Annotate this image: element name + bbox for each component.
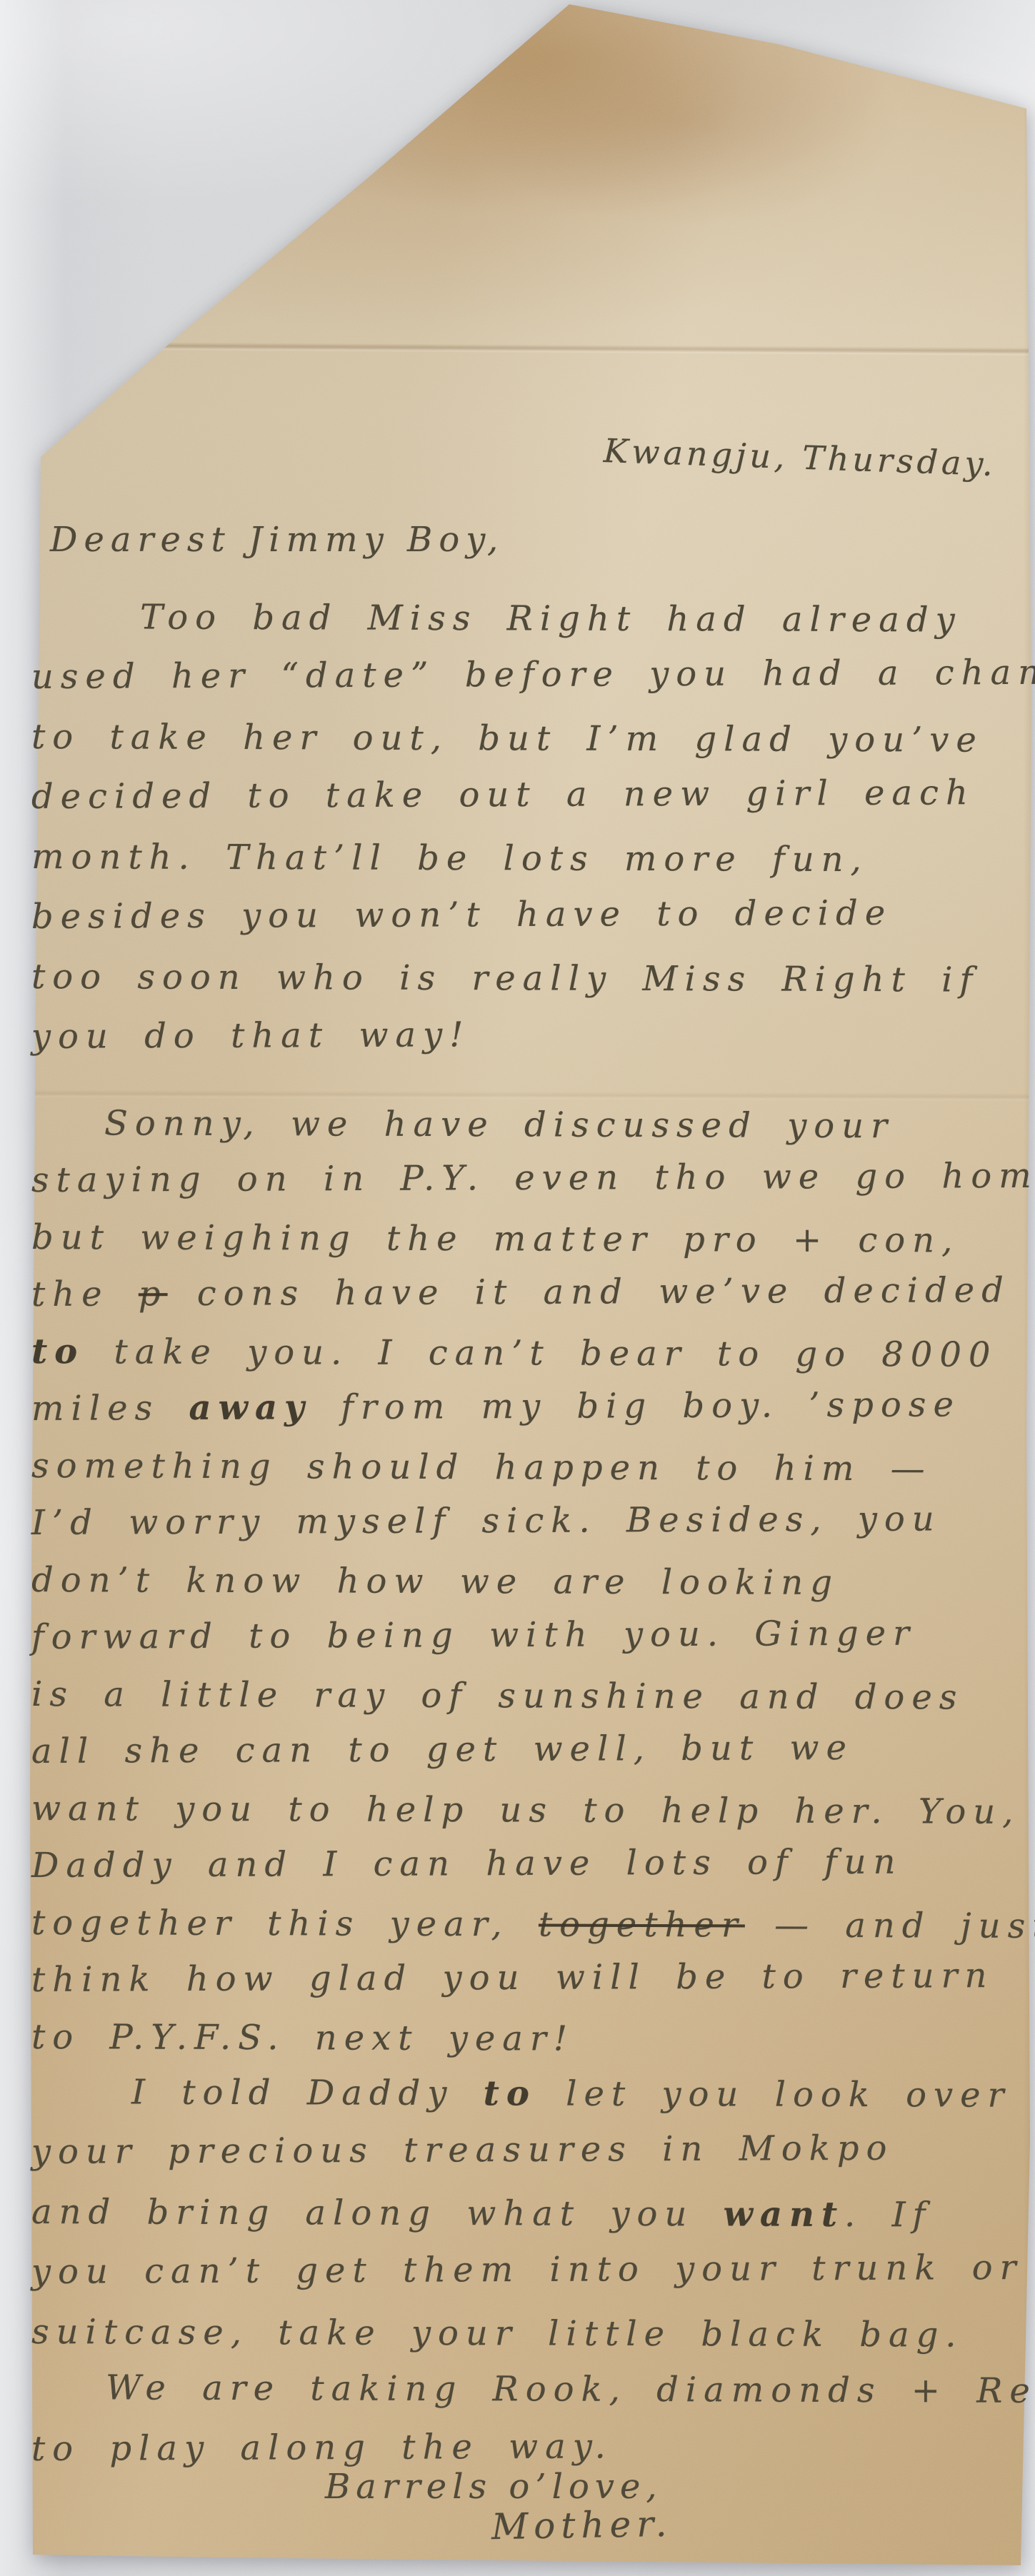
letter-line: decided to take out a new girl each xyxy=(31,773,1035,837)
letter-line: too soon who is really Miss Right if xyxy=(31,957,1035,1020)
letter-word: besides you won’t have to decide xyxy=(31,893,893,937)
letter-paragraphs: Too bad Miss Right had alreadyused her “… xyxy=(0,0,1035,2576)
letter-line: and bring along what you want. If xyxy=(31,2192,1035,2255)
letter-line: besides you won’t have to decide xyxy=(31,892,1035,957)
letter-line: to take you. I can’t bear to go 8000 xyxy=(31,1332,1035,1392)
letter-word: together this year, xyxy=(31,1903,539,1944)
letter-word: too soon who is really Miss Right if xyxy=(31,957,979,1000)
letter-line: I told Daddy to let you look over xyxy=(31,2072,1035,2135)
letter-word: cons have it and we’ve decided xyxy=(167,1270,1011,1314)
paragraph: Sonny, we have discussed yourstaying on … xyxy=(31,1103,1035,2074)
letter-text: Kwangju, Thursday. Dearest Jimmy Boy, To… xyxy=(0,0,1035,2576)
letter-line: We are taking Rook, diamonds + Reversi xyxy=(31,2368,1035,2432)
paragraph: I told Daddy to let you look overyour pr… xyxy=(31,2072,1035,2372)
letter-line: used her “date” before you had a chance xyxy=(31,653,1035,717)
letter-word: you can’t get them into your trunk or xyxy=(31,2248,1024,2292)
letter-word: don’t know how we are looking xyxy=(31,1560,839,1603)
letter-line: you do that way! xyxy=(31,1012,1035,1077)
letter-line: suitcase, take your little black bag. xyxy=(31,2312,1035,2375)
letter-word: Sonny, we have discussed your xyxy=(104,1103,894,1146)
letter-line: is a little ray of sunshine and does xyxy=(31,1674,1035,1735)
photo: Kwangju, Thursday. Dearest Jimmy Boy, To… xyxy=(0,0,1035,2576)
letter-word: . If xyxy=(844,2195,932,2235)
signature: Mother. xyxy=(491,2503,673,2547)
letter-line: you can’t get them into your trunk or xyxy=(31,2248,1035,2312)
letter-line: I’d worry myself sick. Besides, you xyxy=(31,1499,1035,1560)
letter-line: staying on in P.Y. even tho we go home, xyxy=(31,1156,1035,1217)
letter-line: Daddy and I can have lots of fun xyxy=(31,1841,1035,1903)
letter-word: to xyxy=(31,1332,84,1372)
letter-line: together this year, together — and just xyxy=(31,1903,1035,1963)
letter-word: together xyxy=(539,1904,745,1945)
letter-word: to xyxy=(484,2073,536,2113)
letter-word: suitcase, take your little black bag. xyxy=(31,2312,964,2355)
letter-word: month. That’ll be lots more fun, xyxy=(31,837,869,880)
letter-word: used her “date” before you had a chance xyxy=(31,652,1035,697)
letter-word: to play along the way. xyxy=(31,2426,613,2469)
letter-word: We are taking Rook, diamonds + Reversi xyxy=(106,2368,1035,2411)
letter-line: all she can to get well, but we xyxy=(31,1727,1035,1788)
letter-word: to take her out, but I’m glad you’ve xyxy=(31,717,984,760)
letter-word: something should happen to him — xyxy=(31,1446,932,1489)
letter-word: p xyxy=(139,1274,168,1314)
letter-word: you do that way! xyxy=(31,1015,471,1057)
letter-line: want you to help us to help her. You, xyxy=(31,1788,1035,1849)
letter-line: to take her out, but I’m glad you’ve xyxy=(31,717,1035,780)
letter-word: I’d worry myself sick. Besides, you xyxy=(31,1499,941,1543)
letter-word: from my big boy. ’spose xyxy=(311,1384,961,1427)
letter-word: away xyxy=(189,1387,311,1428)
valediction: Barrels o’love, xyxy=(325,2467,663,2507)
paragraph: Too bad Miss Right had alreadyused her “… xyxy=(31,597,1035,1077)
letter-line: the p cons have it and we’ve decided xyxy=(31,1270,1035,1332)
letter-word: Daddy and I can have lots of fun xyxy=(31,1842,903,1886)
letter-word: let you look over xyxy=(536,2073,1011,2115)
letter-word: but weighing the matter pro + con, xyxy=(31,1217,960,1261)
letter-line: don’t know how we are looking xyxy=(31,1560,1035,1621)
letter-line: Sonny, we have discussed your xyxy=(31,1103,1035,1164)
letter-line: forward to being with you. Ginger xyxy=(31,1613,1035,1674)
letter-word: your precious treasures in Mokpo xyxy=(31,2128,894,2172)
letter-word: the xyxy=(31,1274,139,1314)
letter-word: forward to being with you. Ginger xyxy=(31,1614,916,1657)
letter-word: miles xyxy=(31,1388,189,1429)
letter-word: Too bad Miss Right had already xyxy=(140,598,962,640)
letter-line: Too bad Miss Right had already xyxy=(31,597,1035,660)
letter-word: want xyxy=(724,2194,845,2235)
letter-word: decided to take out a new girl each xyxy=(31,773,975,817)
letter-line: but weighing the matter pro + con, xyxy=(31,1217,1035,1278)
letter-word: and bring along what you xyxy=(31,2192,724,2234)
letter-word: all she can to get well, but we xyxy=(31,1728,854,1771)
letter-word: want you to help us to help her. You, xyxy=(31,1788,1021,1832)
letter-word: staying on in P.Y. even tho we go home, xyxy=(31,1156,1035,1200)
letter-line: miles away from my big boy. ’spose xyxy=(31,1384,1035,1446)
letter-line: something should happen to him — xyxy=(31,1446,1035,1506)
letter-line: think how glad you will be to return xyxy=(31,1956,1035,2017)
letter-line: your precious treasures in Mokpo xyxy=(31,2128,1035,2192)
letter-word: to P.Y.F.S. next year! xyxy=(31,2017,574,2059)
letter-word: I told Daddy xyxy=(131,2072,484,2113)
letter-line: to P.Y.F.S. next year! xyxy=(31,2017,1035,2078)
letter-line: month. That’ll be lots more fun, xyxy=(31,837,1035,900)
letter-word: think how glad you will be to return xyxy=(31,1956,994,2000)
letter-word: — and just xyxy=(745,1905,1035,1946)
letter-word: is a little ray of sunshine and does xyxy=(31,1674,964,1718)
letter-word: take you. I can’t bear to go 8000 xyxy=(84,1332,997,1374)
